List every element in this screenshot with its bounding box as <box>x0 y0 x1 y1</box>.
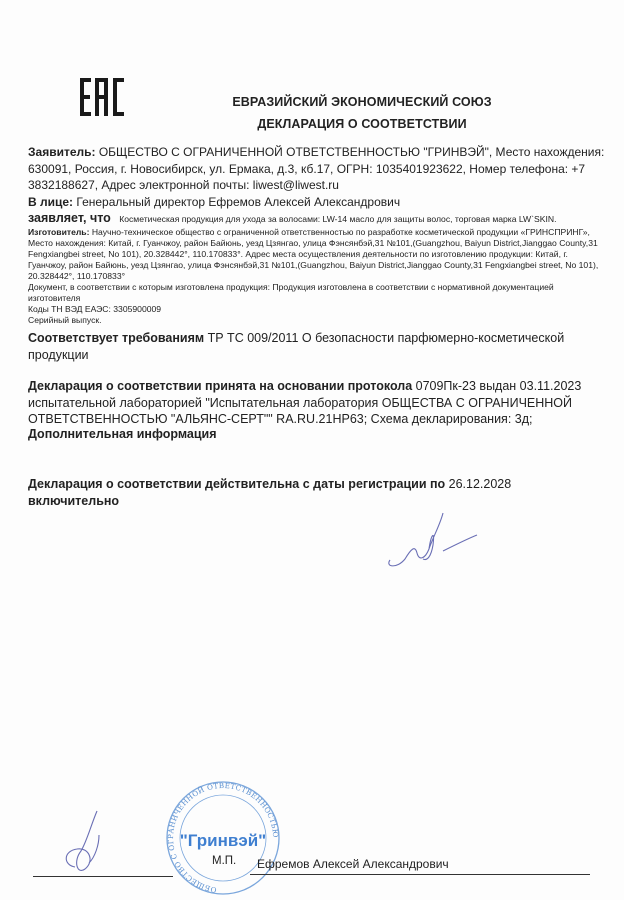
series-text: Серийный выпуск. <box>28 315 102 325</box>
basis-label: Декларация о соответствии принята на осн… <box>28 379 412 393</box>
document-title: ДЕКЛАРАЦИЯ О СООТВЕТСТВИИ <box>0 117 624 131</box>
union-heading: ЕВРАЗИЙСКИЙ ЭКОНОМИЧЕСКИЙ СОЮЗ <box>0 95 624 109</box>
director-signature-icon <box>55 805 125 875</box>
represented-by-text: Генеральный директор Ефремов Алексей Але… <box>73 195 400 209</box>
signatory-line <box>250 874 590 875</box>
document-basis-text: Документ, в соответствии с которым изгот… <box>28 282 554 303</box>
declares-section: заявляет, что Косметическая продукция дл… <box>28 210 608 326</box>
signatory-name: Ефремов Алексей Александрович <box>257 857 449 871</box>
product-text: Косметическая продукция для ухода за вол… <box>119 214 556 224</box>
hs-codes-text: Коды ТН ВЭД ЕАЭС: 3305900009 <box>28 304 161 314</box>
additional-info-label: Дополнительная информация <box>28 426 608 443</box>
applicant-label: Заявитель: <box>28 145 96 159</box>
company-stamp-icon: ОБЩЕСТВО С ОГРАНИЧЕННОЙ ОТВЕТСТВЕННОСТЬЮ… <box>158 780 288 900</box>
represented-by-section: В лице: Генеральный директор Ефремов Але… <box>28 194 608 211</box>
validity-suffix: включительно <box>28 494 119 508</box>
validity-label: Декларация о соответствии действительна … <box>28 477 445 491</box>
manufacturer-label: Изготовитель: <box>28 227 89 237</box>
declares-label: заявляет, что <box>28 211 111 225</box>
complies-section: Соответствует требованиям ТР ТС 009/2011… <box>28 330 608 363</box>
signature-line <box>33 876 173 877</box>
applicant-section: Заявитель: ОБЩЕСТВО С ОГРАНИЧЕННОЙ ОТВЕТ… <box>28 144 608 194</box>
basis-section: Декларация о соответствии принята на осн… <box>28 378 608 428</box>
represented-by-label: В лице: <box>28 195 73 209</box>
signature-icon <box>385 505 485 575</box>
validity-date: 26.12.2028 <box>445 477 511 491</box>
validity-section: Декларация о соответствии действительна … <box>28 476 608 509</box>
stamp-company-name: "Гринвэй" <box>180 831 267 850</box>
stamp-place-label: М.П. <box>212 855 236 867</box>
applicant-text: ОБЩЕСТВО С ОГРАНИЧЕННОЙ ОТВЕТСТВЕННОСТЬЮ… <box>28 145 604 192</box>
complies-label: Соответствует требованиям <box>28 331 204 345</box>
manufacturer-text: Научно-техническое общество с ограниченн… <box>28 227 598 281</box>
